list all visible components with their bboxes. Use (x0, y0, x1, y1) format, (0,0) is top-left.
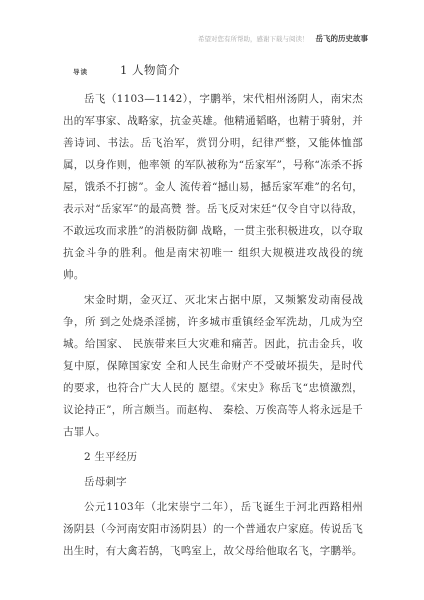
section-heading-row: 导读 1 人物简介 (63, 62, 363, 78)
paragraph-birth: 公元1103年（北宋崇宁二年），岳飞诞生于河北西路相州汤阴县（今河南安阳市汤阴县… (63, 496, 363, 562)
document-content: 导读 1 人物简介 岳飞（1103—1142），字鹏举，宋代相州汤阴人，南宋杰出… (63, 62, 363, 565)
header-doc-title: 岳飞的历史故事 (316, 33, 369, 44)
document-page: 希望对您有所帮助，感谢下载与阅读！ 岳飞的历史故事 导读 1 人物简介 岳飞（1… (0, 0, 424, 600)
section-1-heading: 1 人物简介 (120, 62, 180, 78)
subsection-heading: 岳母刺字 (63, 471, 363, 493)
header-hint-text: 希望对您有所帮助，感谢下载与阅读！ (198, 34, 309, 43)
paragraph-intro-2: 宋金时期，金灭辽、灭北宋占据中原，又频繁发动南侵战争，所 到之处烧杀淫掳，许多城… (63, 289, 363, 443)
paragraph-intro-1: 岳飞（1103—1142），字鹏举，宋代相州汤阴人，南宋杰出的军事家、战略家，抗… (63, 88, 363, 286)
lead-label: 导读 (73, 67, 88, 76)
section-2-heading: 2 生平经历 (63, 446, 363, 468)
page-header: 希望对您有所帮助，感谢下载与阅读！ 岳飞的历史故事 (198, 33, 368, 44)
